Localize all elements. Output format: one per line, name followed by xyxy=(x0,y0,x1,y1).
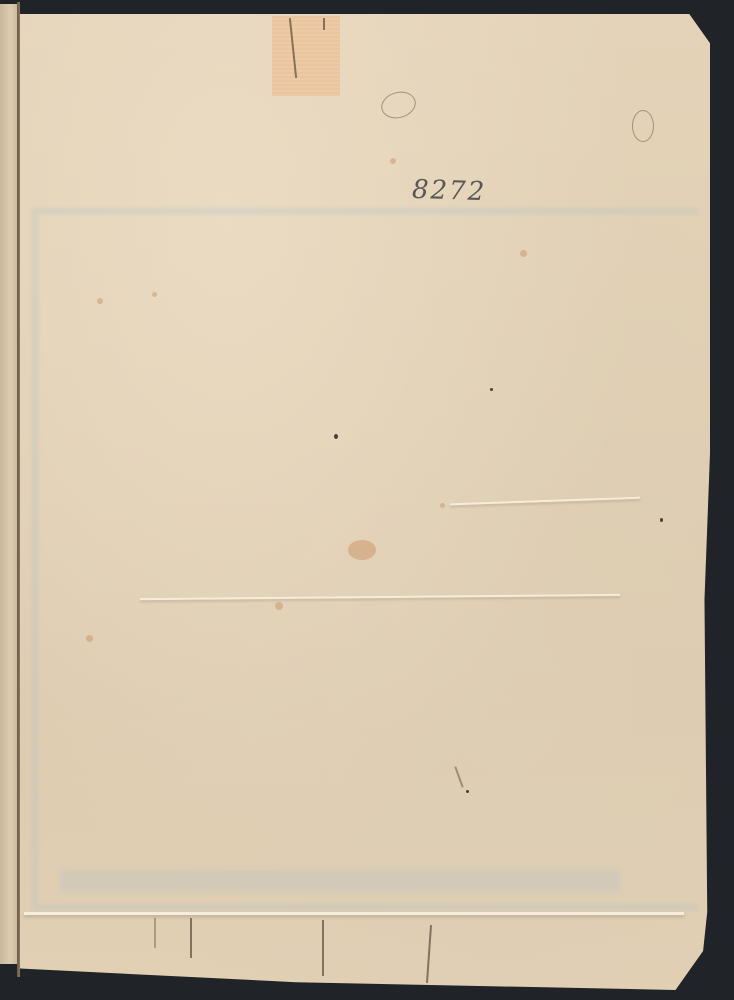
foxing-spot xyxy=(348,540,376,560)
paper-crack xyxy=(322,920,324,976)
dirt-speck xyxy=(490,388,493,391)
dirt-speck xyxy=(334,434,338,439)
foxing-spot xyxy=(86,635,93,642)
paper-crack xyxy=(154,918,156,948)
facing-page-edge xyxy=(0,4,17,964)
binding-edge xyxy=(17,2,20,977)
dirt-speck xyxy=(660,518,663,522)
bottom-edge-fold xyxy=(24,912,684,915)
foxing-spot xyxy=(390,158,396,164)
foxing-spot xyxy=(440,503,445,508)
paper-crack xyxy=(323,18,325,30)
foxing-spot xyxy=(97,298,103,304)
dirt-speck xyxy=(466,790,469,793)
handwritten-inventory-number: 8272 xyxy=(411,175,486,208)
bleed-through-band xyxy=(60,870,620,892)
foxing-spot xyxy=(152,292,157,297)
ring-stain xyxy=(632,110,654,142)
paper-crack xyxy=(190,918,192,958)
foxing-spot xyxy=(520,250,527,257)
foxing-spot xyxy=(275,602,283,610)
label-residue-patch xyxy=(272,16,340,96)
